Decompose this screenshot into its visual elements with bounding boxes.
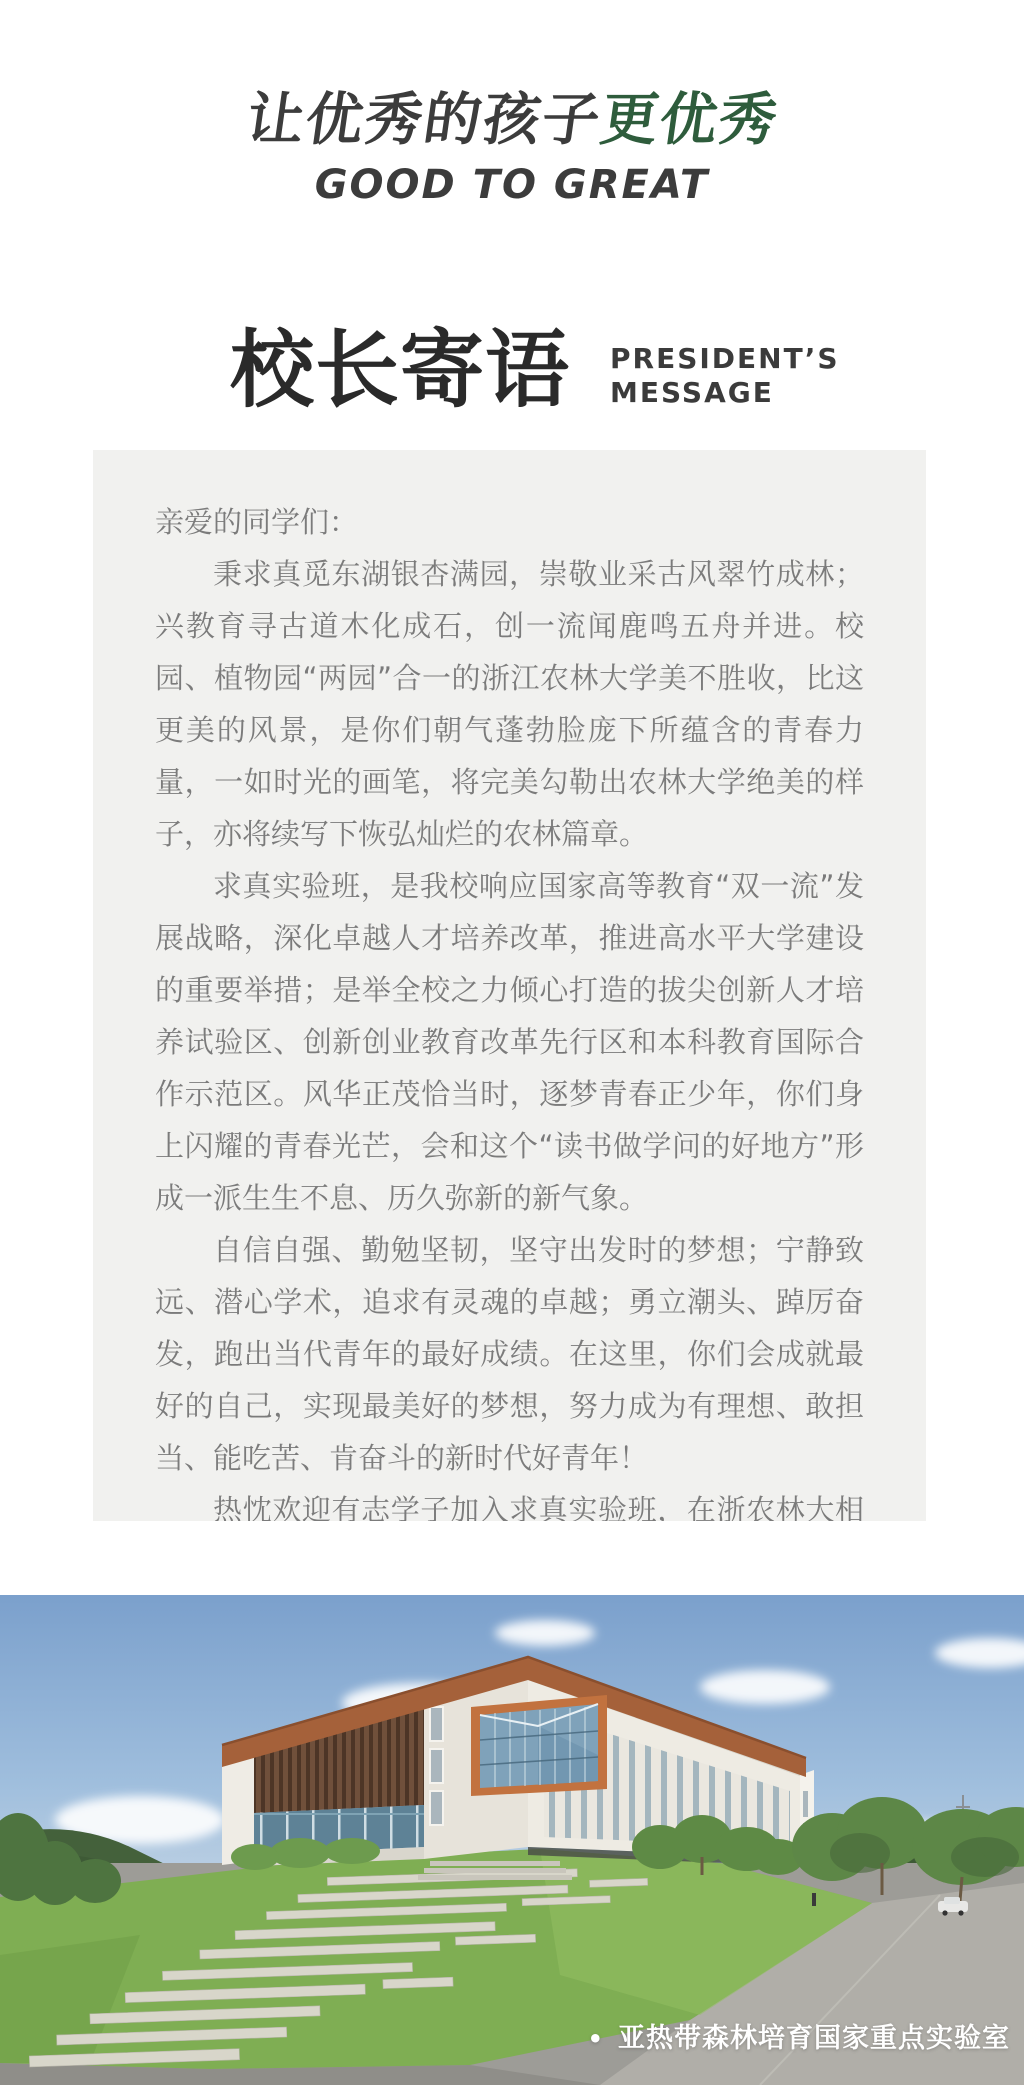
slogan-english: GOOD TO GREAT <box>0 162 1024 208</box>
message-paragraph-1: 秉求真觅东湖银杏满园，崇敬业采古风翠竹成林；兴教育寻古道木化成石，创一流闻鹿鸣五… <box>155 548 864 860</box>
slogan-block: 让优秀的孩子更优秀 GOOD TO GREAT <box>0 88 1024 208</box>
section-title-chinese: 校长寄语 <box>230 328 570 412</box>
message-paragraph-3: 自信自强、勤勉坚韧，坚守出发时的梦想；宁静致远、潜心学术，追求有灵魂的卓越；勇立… <box>155 1224 864 1484</box>
message-greeting: 亲爱的同学们： <box>155 496 864 548</box>
slogan-main-text: 让优秀的孩子 <box>242 87 605 153</box>
message-paragraph-4: 热忱欢迎有志学子加入求真实验班，在浙农林大相遇一场盛夏光年！ <box>155 1484 864 1521</box>
section-title-english-line1: PRESIDENT’S <box>610 342 840 376</box>
slogan-accent-text: 更优秀 <box>596 87 782 153</box>
message-box: 亲爱的同学们： 秉求真觅东湖银杏满园，崇敬业采古风翠竹成林；兴教育寻古道木化成石… <box>93 450 926 1521</box>
campus-photo-art <box>0 1595 1024 2085</box>
section-title-english-line2: MESSAGE <box>610 376 840 410</box>
photo-caption: •亚热带森林培育国家重点实验室 <box>588 2016 1010 2055</box>
section-header: 校长寄语 PRESIDENT’S MESSAGE <box>230 328 840 412</box>
message-paragraph-2: 求真实验班，是我校响应国家高等教育“双一流”发展战略，深化卓越人才培养改革，推进… <box>155 860 864 1224</box>
slogan-chinese: 让优秀的孩子更优秀 <box>242 88 782 154</box>
brochure-page: 让优秀的孩子更优秀 GOOD TO GREAT 校长寄语 PRESIDENT’S… <box>0 0 1024 2085</box>
photo-caption-text: 亚热带森林培育国家重点实验室 <box>618 2023 1010 2054</box>
campus-photo: •亚热带森林培育国家重点实验室 <box>0 1595 1024 2085</box>
glass-box <box>471 1695 607 1796</box>
pedestrian <box>812 1893 816 1906</box>
caption-bullet-icon: • <box>588 2025 604 2053</box>
section-title-english: PRESIDENT’S MESSAGE <box>610 342 840 410</box>
